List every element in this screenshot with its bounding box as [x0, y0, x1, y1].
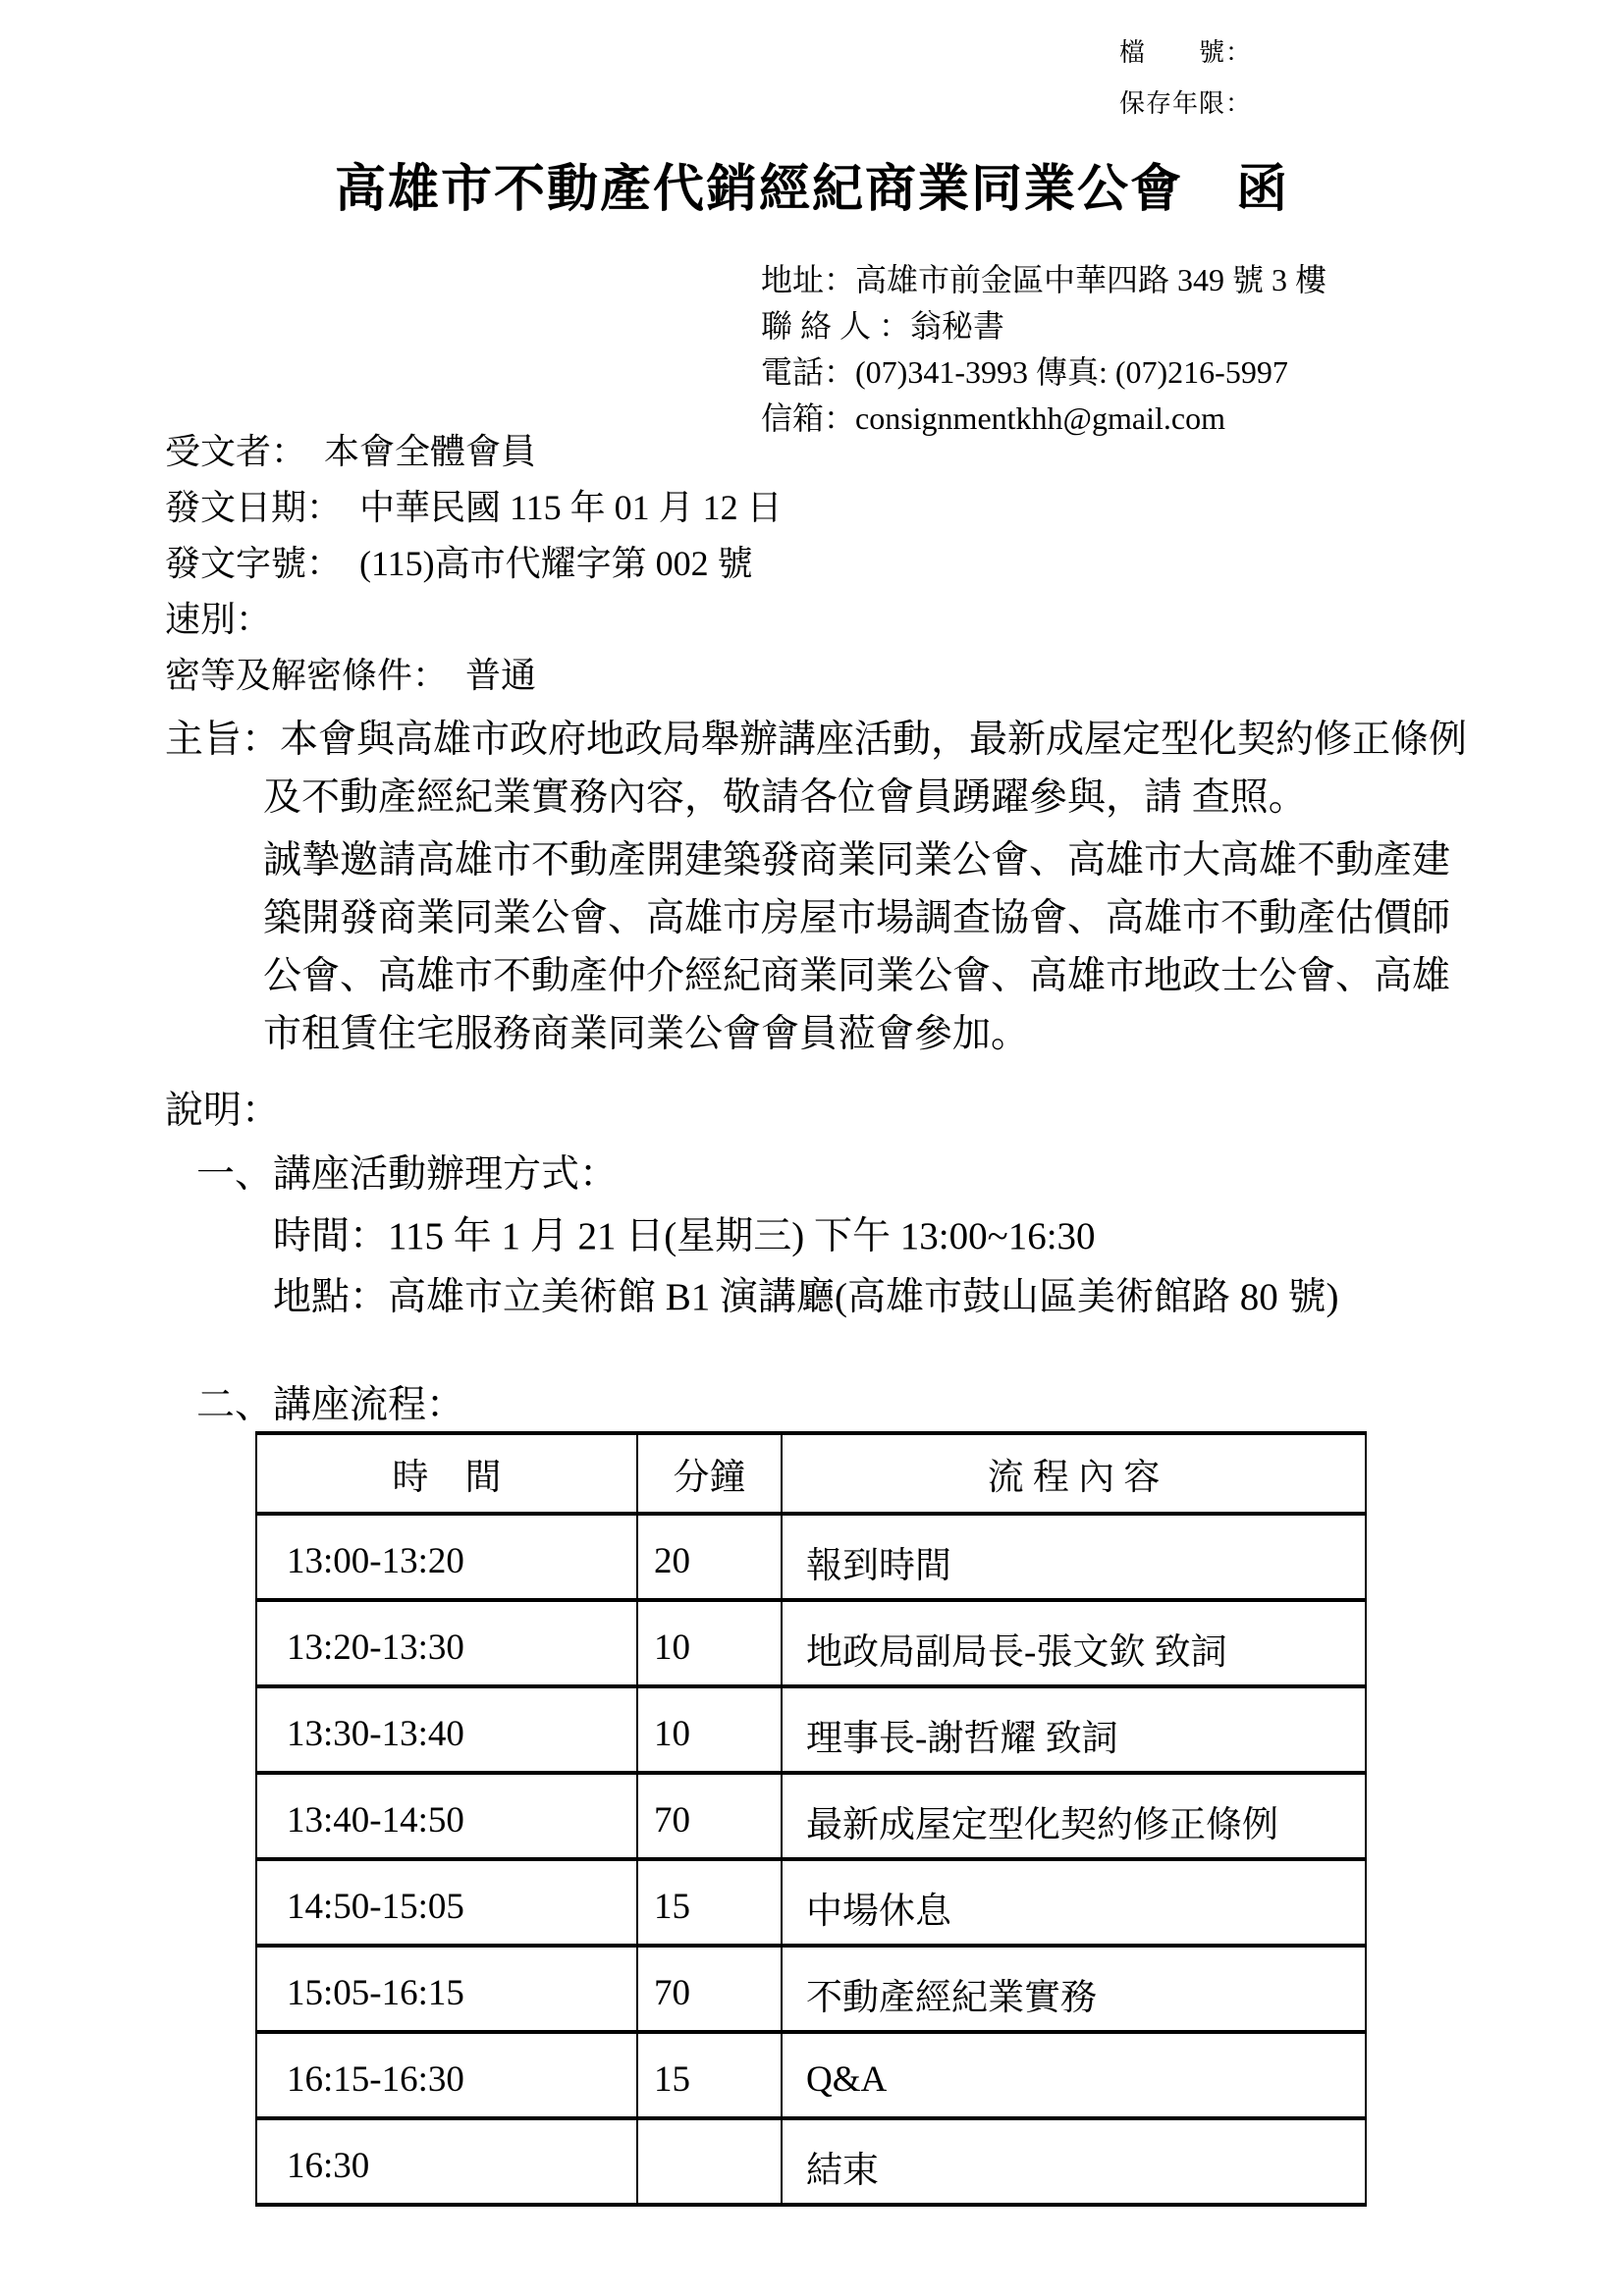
sender-phone-fax: 電話：(07)341-3993 傳真: (07)216-5997	[761, 349, 1326, 396]
issue-date-line: 發文日期： 中華民國 115 年 01 月 12 日	[165, 480, 783, 536]
cell-content: 理事長-謝哲耀 致詞	[782, 1686, 1366, 1773]
cell-content: 結束	[782, 2118, 1366, 2205]
subject-line: 市租賃住宅服務商業同業公會會員蒞會參加。	[263, 1003, 1029, 1058]
header-time: 時 間	[256, 1433, 637, 1514]
table-row: 13:00-13:20 20 報到時間	[256, 1514, 1366, 1600]
cell-minutes: 10	[637, 1686, 782, 1773]
cell-time: 13:30-13:40	[256, 1686, 637, 1773]
cell-time: 16:30	[256, 2118, 637, 2205]
official-letter-page: 檔 號： 保存年限： 高雄市不動產代銷經紀商業同業公會 函 地址：高雄市前金區中…	[0, 0, 1624, 2296]
cell-time: 15:05-16:15	[256, 1946, 637, 2032]
cell-content: 地政局副局長-張文欽 致詞	[782, 1600, 1366, 1686]
header-minutes: 分鐘	[637, 1433, 782, 1514]
cell-content: Q&A	[782, 2032, 1366, 2118]
cell-minutes: 20	[637, 1514, 782, 1600]
cell-content: 報到時間	[782, 1514, 1366, 1600]
schedule-table: 時 間 分鐘 流 程 內 容 13:00-13:20 20 報到時間 13:20…	[255, 1431, 1367, 2207]
file-number-label: 檔 號：	[1119, 27, 1252, 79]
cell-content: 最新成屋定型化契約修正條例	[782, 1773, 1366, 1859]
explanation-item-1: 一、講座活動辦理方式：	[196, 1144, 618, 1199]
cell-time: 13:40-14:50	[256, 1773, 637, 1859]
table-row: 13:30-13:40 10 理事長-謝哲耀 致詞	[256, 1686, 1366, 1773]
cell-minutes	[637, 2118, 782, 2205]
cell-minutes: 70	[637, 1773, 782, 1859]
cell-content: 中場休息	[782, 1859, 1366, 1946]
subject-line: 公會、高雄市不動產仲介經紀商業同業公會、高雄市地政士公會、高雄	[263, 945, 1450, 1000]
sender-email: 信箱：consignmentkhh@gmail.com	[761, 396, 1326, 442]
cell-minutes: 10	[637, 1600, 782, 1686]
explanation-heading: 說明：	[165, 1080, 280, 1135]
security-class-line: 密等及解密條件： 普通	[165, 648, 783, 704]
document-title: 高雄市不動產代銷經紀商業同業公會 函	[0, 147, 1624, 221]
table-row: 16:15-16:30 15 Q&A	[256, 2032, 1366, 2118]
table-row: 16:30 結束	[256, 2118, 1366, 2205]
table-row: 13:40-14:50 70 最新成屋定型化契約修正條例	[256, 1773, 1366, 1859]
cell-minutes: 15	[637, 2032, 782, 2118]
sender-address: 地址：高雄市前金區中華四路 349 號 3 樓	[761, 257, 1326, 303]
archive-meta: 檔 號： 保存年限：	[1119, 27, 1252, 130]
retention-period-label: 保存年限：	[1119, 79, 1252, 130]
speed-class-line: 速別：	[165, 592, 783, 648]
cell-time: 14:50-15:05	[256, 1859, 637, 1946]
sender-contact-block: 地址：高雄市前金區中華四路 349 號 3 樓 聯 絡 人 ：翁秘書 電話：(0…	[761, 257, 1326, 442]
cell-time: 13:00-13:20	[256, 1514, 637, 1600]
cell-content: 不動產經紀業實務	[782, 1946, 1366, 2032]
cell-minutes: 70	[637, 1946, 782, 2032]
document-info-block: 受文者： 本會全體會員 發文日期： 中華民國 115 年 01 月 12 日 發…	[165, 424, 783, 704]
sender-contact-person: 聯 絡 人 ：翁秘書	[761, 303, 1326, 349]
cell-time: 13:20-13:30	[256, 1600, 637, 1686]
table-row: 15:05-16:15 70 不動產經紀業實務	[256, 1946, 1366, 2032]
subject-line: 誠摯邀請高雄市不動產開建築發商業同業公會、高雄市大高雄不動產建	[263, 829, 1450, 884]
subject-line: 築開發商業同業公會、高雄市房屋市場調查協會、高雄市不動產估價師	[263, 887, 1450, 942]
table-row: 13:20-13:30 10 地政局副局長-張文欽 致詞	[256, 1600, 1366, 1686]
cell-time: 16:15-16:30	[256, 2032, 637, 2118]
event-time-line: 時間：115 年 1 月 21 日(星期三) 下午 13:00~16:30	[273, 1205, 1096, 1260]
table-header-row: 時 間 分鐘 流 程 內 容	[256, 1433, 1366, 1514]
subject-line: 及不動產經紀業實務內容，敬請各位會員踴躍參與，請 查照。	[263, 767, 1307, 822]
subject-line: 主旨：本會與高雄市政府地政局舉辦講座活動，最新成屋定型化契約修正條例	[165, 709, 1467, 764]
event-place-line: 地點：高雄市立美術館 B1 演講廳(高雄市鼓山區美術館路 80 號)	[273, 1266, 1339, 1321]
doc-number-line: 發文字號： (115)高市代耀字第 002 號	[165, 536, 783, 592]
explanation-item-2: 二、講座流程：	[196, 1374, 464, 1429]
table-row: 14:50-15:05 15 中場休息	[256, 1859, 1366, 1946]
recipient-line: 受文者： 本會全體會員	[165, 424, 783, 480]
cell-minutes: 15	[637, 1859, 782, 1946]
header-content: 流 程 內 容	[782, 1433, 1366, 1514]
